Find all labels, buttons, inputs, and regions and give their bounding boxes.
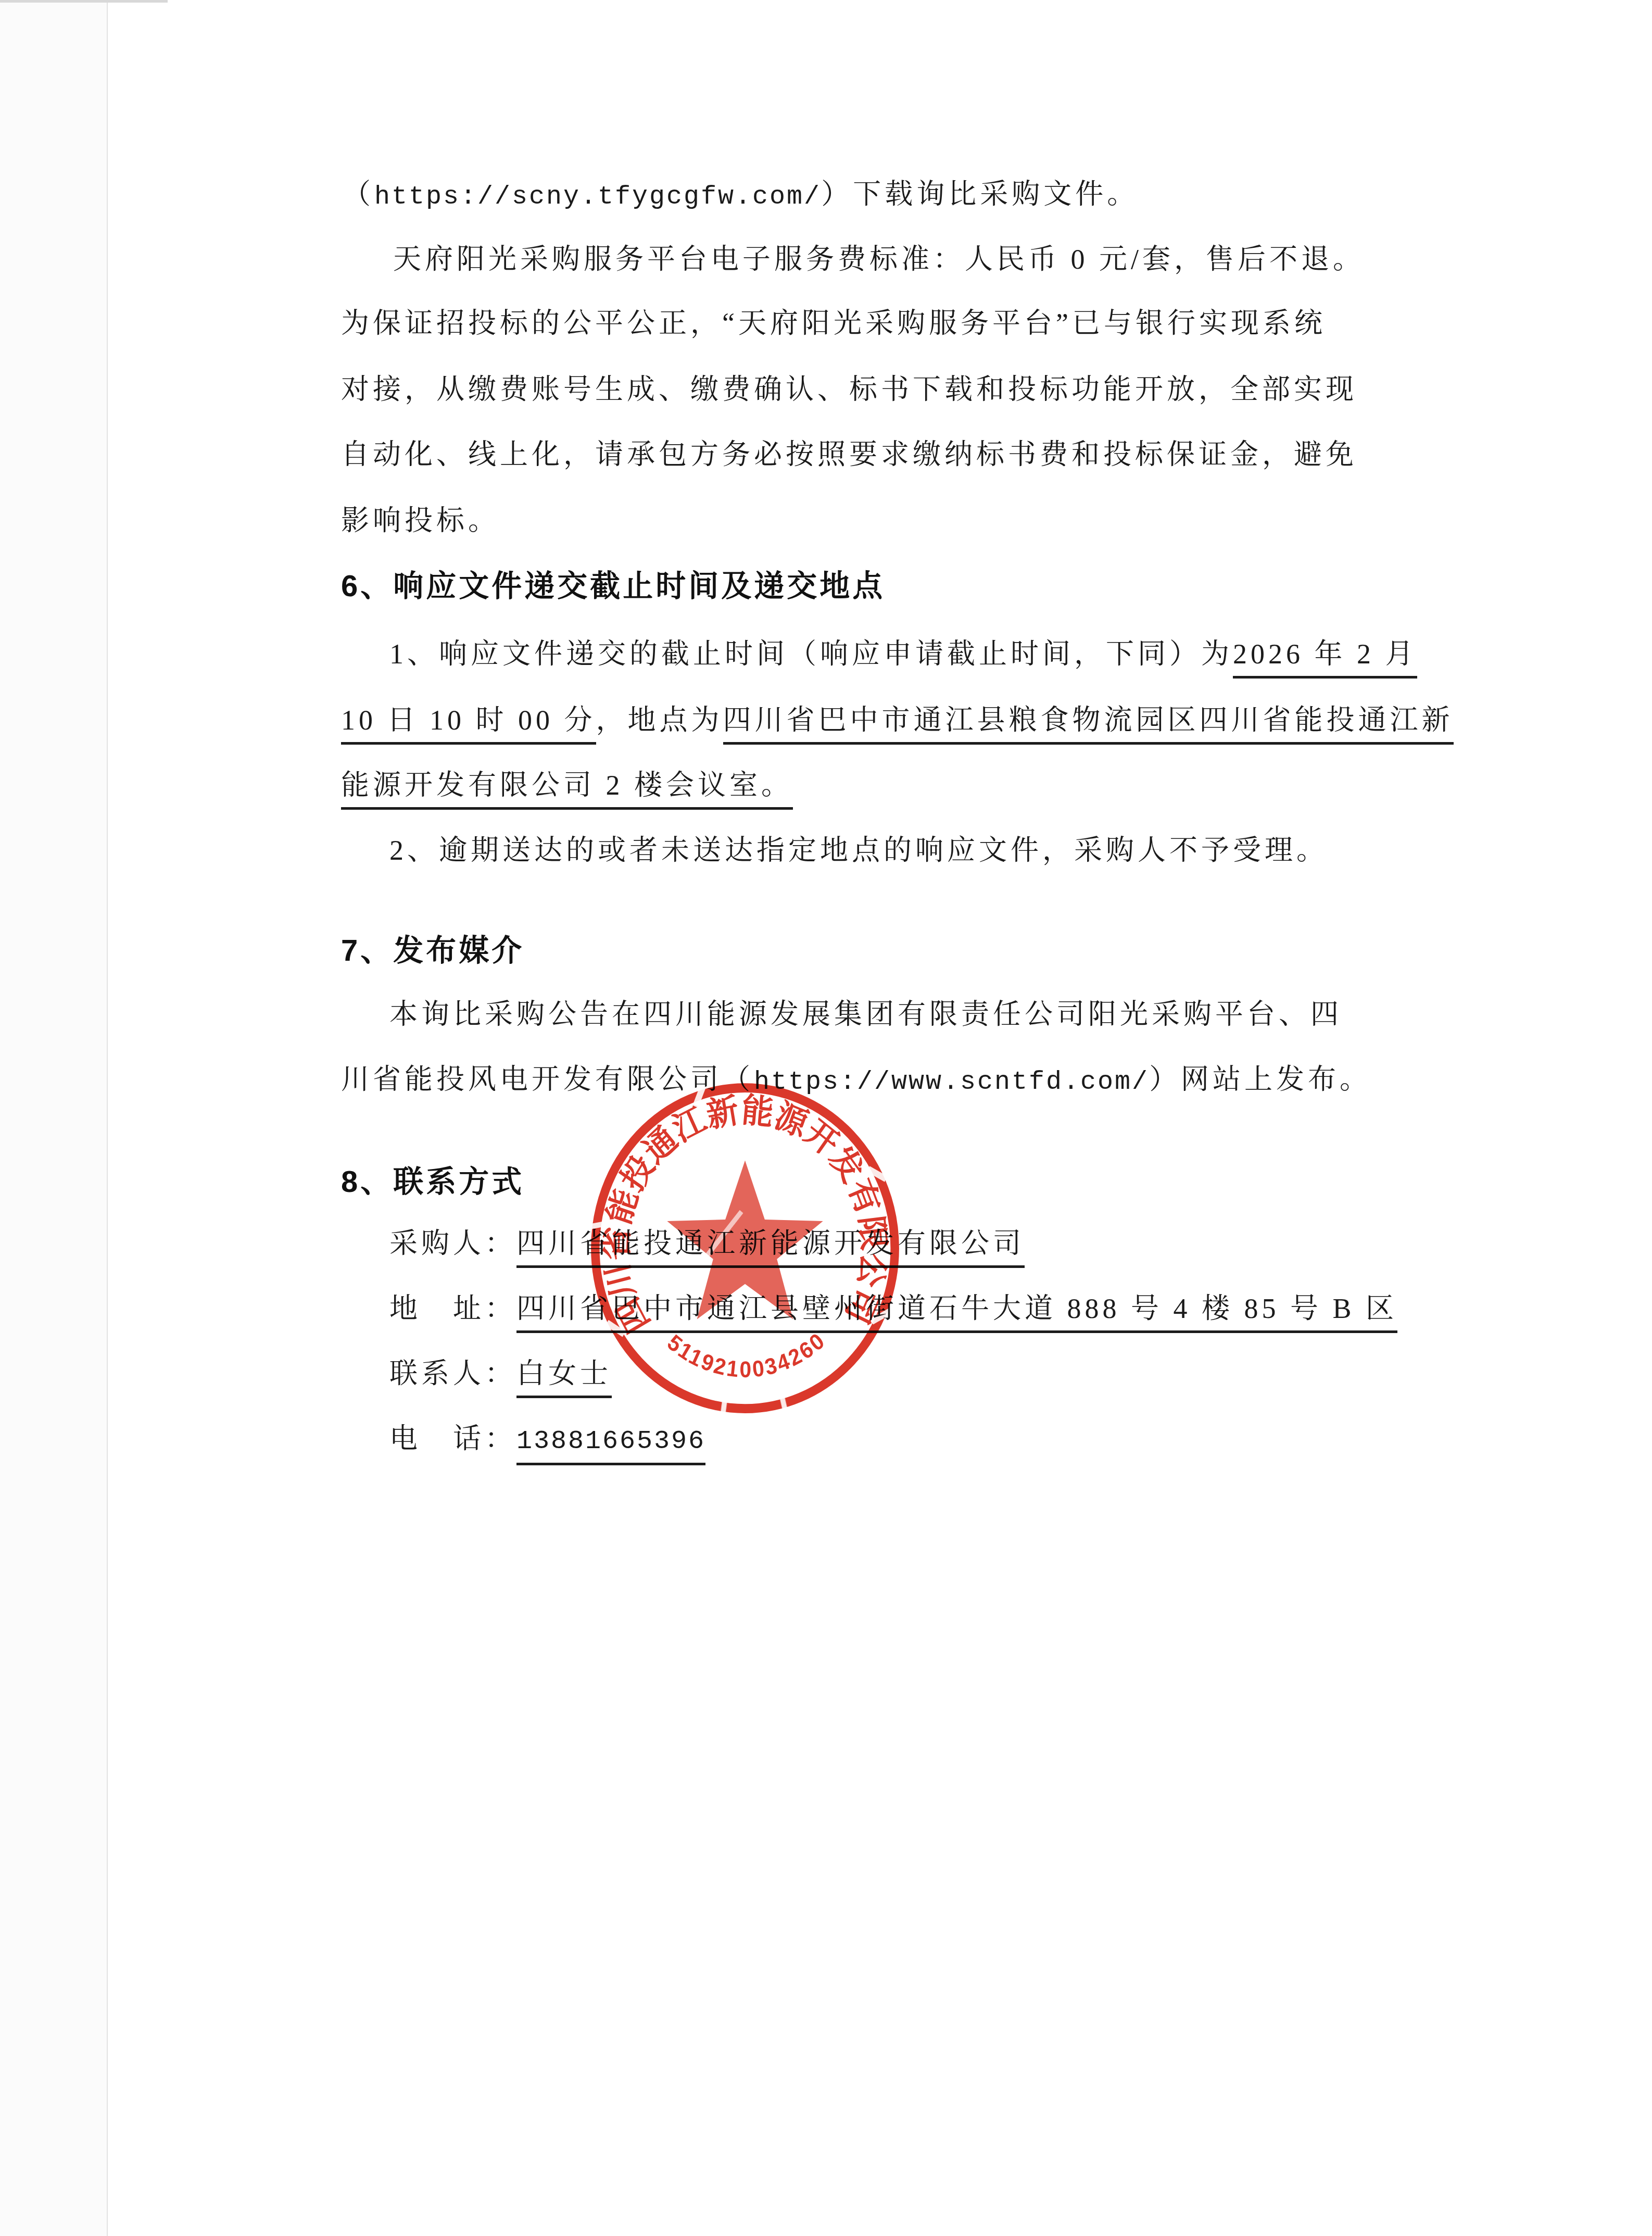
text-line: 本询比采购公告在四川能源发展集团有限责任公司阳光采购平台、四 bbox=[389, 992, 1342, 1032]
line-text: ，地点为 bbox=[596, 705, 723, 736]
contact-label: 地 址： bbox=[389, 1293, 516, 1324]
contact-row-phone: 电 话：13881665396 bbox=[389, 1416, 705, 1456]
section7-heading: 7、发布媒介 bbox=[341, 926, 524, 970]
text-line: 为保证招投标的公平公正，“天府阳光采购服务平台”已与银行实现系统 bbox=[341, 301, 1326, 341]
contact-phone-underlined: 13881665396 bbox=[516, 1427, 705, 1465]
meeting-room-underlined: 能源开发有限公司 2 楼会议室。 bbox=[341, 770, 793, 810]
deadline-time-underlined: 10 日 10 时 00 分 bbox=[341, 705, 596, 745]
contact-label: 采购人： bbox=[389, 1228, 516, 1259]
line-text: ）下载询比采购文件。 bbox=[821, 179, 1139, 210]
text-line: 1、响应文件递交的截止时间（响应申请截止时间，下同）为2026 年 2 月 bbox=[389, 632, 1417, 672]
scan-edge-top-artifact bbox=[0, 0, 168, 3]
text-line: 影响投标。 bbox=[341, 498, 500, 538]
company-seal-stamp: 四川省能投通江新能源开发有限公司 5119210034260 bbox=[583, 1074, 907, 1421]
contact-label: 联系人： bbox=[389, 1358, 516, 1389]
deadline-date-underlined: 2026 年 2 月 bbox=[1233, 638, 1417, 679]
seal-star-icon bbox=[667, 1161, 823, 1320]
text-line: 对接，从缴费账号生成、缴费确认、标书下载和投标功能开放，全部实现 bbox=[341, 367, 1357, 407]
text-line: 2、逾期送达的或者未送达指定地点的响应文件，采购人不予受理。 bbox=[389, 828, 1328, 868]
line-text: ）网站上发布。 bbox=[1149, 1064, 1371, 1095]
contact-label: 电 话： bbox=[389, 1423, 516, 1454]
contact-row-person: 联系人：白女士 bbox=[389, 1351, 612, 1391]
text-line: （https://scny.tfygcgfw.com/）下载询比采购文件。 bbox=[343, 172, 1139, 212]
line-text: 1、响应文件递交的截止时间（响应申请截止时间，下同）为 bbox=[389, 638, 1233, 670]
download-url: https://scny.tfygcgfw.com/ bbox=[374, 182, 821, 212]
seal-number-text: 5119210034260 bbox=[663, 1328, 828, 1382]
text-line: 10 日 10 时 00 分，地点为四川省巴中市通江县粮食物流园区四川省能投通江… bbox=[341, 698, 1454, 738]
section8-heading: 8、联系方式 bbox=[341, 1157, 524, 1201]
text-line: 天府阳光采购服务平台电子服务费标准：人民币 0 元/套，售后不退。 bbox=[393, 237, 1365, 277]
section6-heading: 6、响应文件递交截止时间及递交地点 bbox=[341, 561, 885, 605]
text-line: 能源开发有限公司 2 楼会议室。 bbox=[341, 763, 793, 803]
scan-edge-artifact bbox=[0, 0, 108, 2236]
document-page: （https://scny.tfygcgfw.com/）下载询比采购文件。 天府… bbox=[0, 0, 1652, 2236]
text-line: 自动化、线上化，请承包方务必按照要求缴纳标书费和投标保证金，避免 bbox=[341, 432, 1357, 472]
paren-open: （ bbox=[343, 179, 374, 210]
address-underlined: 四川省巴中市通江县粮食物流园区四川省能投通江新 bbox=[723, 705, 1454, 745]
